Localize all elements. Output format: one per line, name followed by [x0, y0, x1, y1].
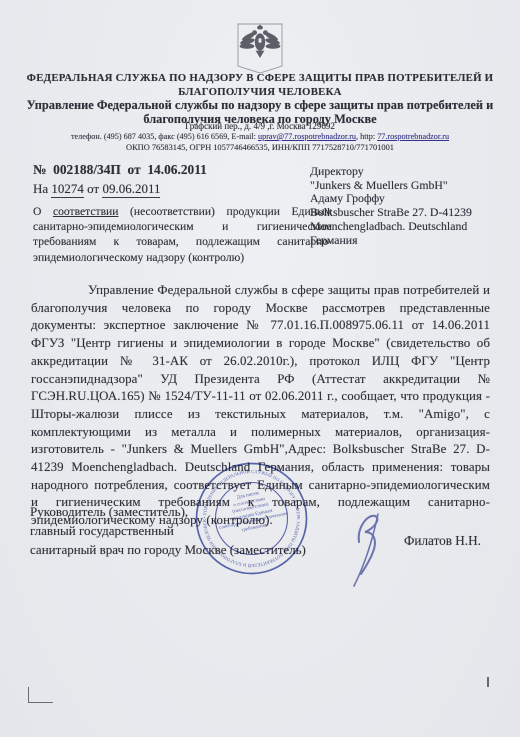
incoming-number: 10274 [51, 181, 84, 198]
contact-separator: , http: [356, 132, 377, 141]
scan-artifact-mark [487, 677, 489, 687]
subject-underlined: соответствии [53, 205, 119, 218]
subject-prefix: О [33, 205, 53, 218]
scanned-letter-page: ФЕДЕРАЛЬНАЯ СЛУЖБА ПО НАДЗОРУ В СФЕРЕ ЗА… [0, 0, 520, 737]
contact-line: телефон. (495) 687 4035, факс (495) 616 … [0, 132, 520, 143]
signer-name: Филатов Н.Н. [404, 533, 481, 549]
incoming-reference: На 10274 от 09.06.2011 [33, 181, 160, 197]
corner-fold-mark [28, 687, 53, 703]
postal-address: Графский пер., д. 4/9 ,г. Москва 129692 [0, 121, 520, 132]
incoming-date: 09.06.2011 [102, 181, 160, 198]
outgoing-reference: № 002188/34П от 14.06.2011 [33, 162, 207, 178]
contact-prefix: телефон. (495) 687 4035, факс (495) 616 … [71, 132, 258, 141]
incoming-prefix: На [33, 181, 51, 196]
registry-line: ОКПО 76583145, ОГРН 1057746466535, ИНН/К… [0, 143, 520, 154]
handwritten-signature [346, 508, 388, 592]
website-text: 77.rospotrebnadzor.ru [377, 132, 449, 141]
incoming-separator: от [84, 181, 103, 196]
email-text: uprav@77.rospotrebnadzor.ru [258, 132, 356, 141]
subject-block: О соответствии (несоответствии) продукци… [33, 204, 332, 265]
round-stamp: • УПРАВЛЕНИЕ ФЕДЕРАЛЬНОЙ СЛУЖБЫ ПО НАДЗО… [194, 461, 309, 576]
service-name: ФЕДЕРАЛЬНАЯ СЛУЖБА ПО НАДЗОРУ В СФЕРЕ ЗА… [0, 72, 520, 99]
russia-coat-of-arms-icon [236, 23, 284, 75]
addressee-block: Директору "Junkers & Muellers GmbH" Адам… [310, 165, 500, 247]
